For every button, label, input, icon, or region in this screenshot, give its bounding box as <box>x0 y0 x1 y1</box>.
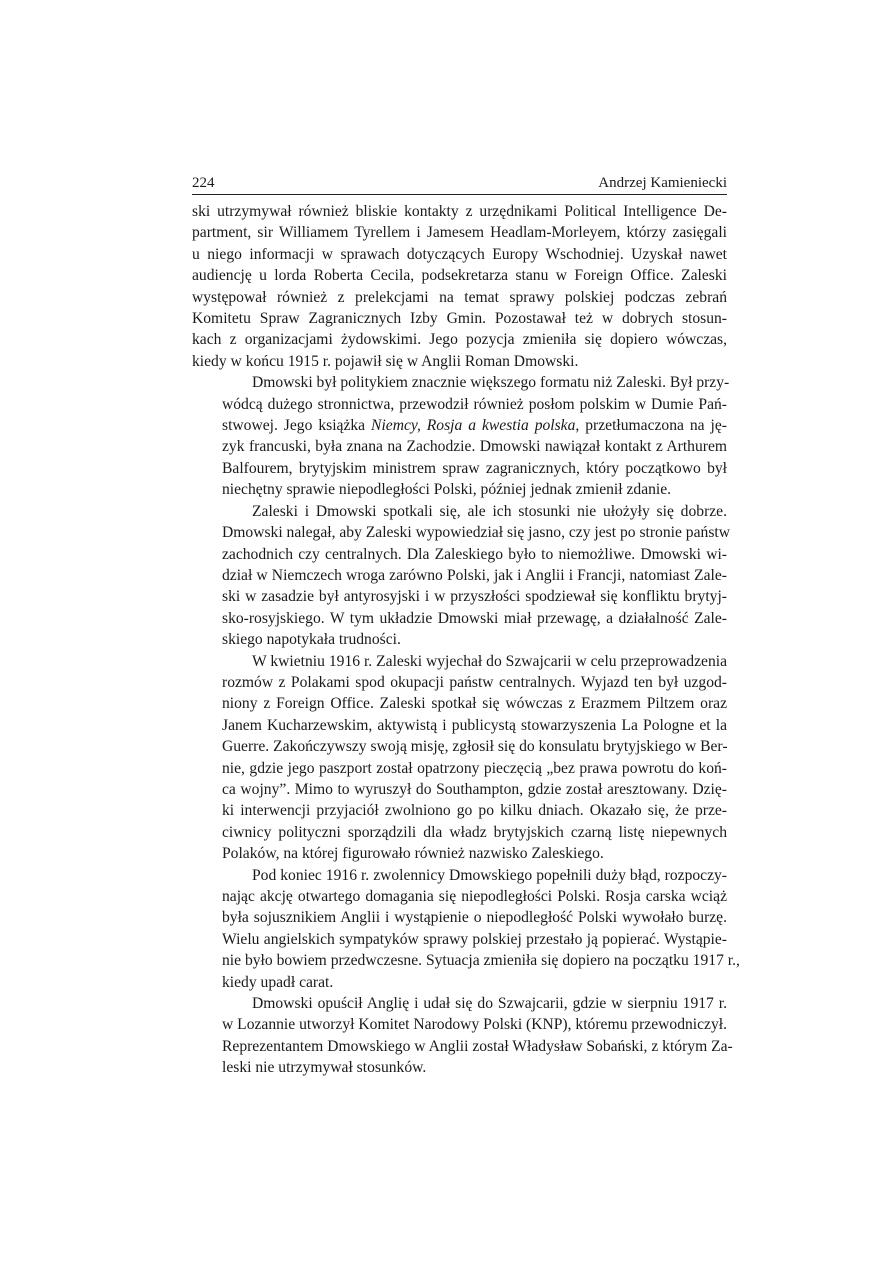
text-line: u niego informacji w sprawach dotyczącyc… <box>192 244 727 265</box>
text-line: zyk francuski, była znana na Zachodzie. … <box>192 436 727 457</box>
text-line: nie, gdzie jego paszport został opatrzon… <box>192 758 727 779</box>
text-line: występował również z prelekcjami na tema… <box>192 287 727 308</box>
text-line: audiencję u lorda Roberta Cecila, podsek… <box>192 265 727 286</box>
text-line: w Lozannie utworzył Komitet Narodowy Pol… <box>192 1014 727 1035</box>
text-line: ki interwencji przyjaciół zwolniono go p… <box>192 800 727 821</box>
text-line: nając akcję otwartego domagania się niep… <box>192 886 727 907</box>
text-line: stwowej. Jego książka Niemcy, Rosja a kw… <box>192 415 727 436</box>
text-line: ski w zasadzie był antyrosyjski i w przy… <box>192 586 727 607</box>
paragraph: Pod koniec 1916 r. zwolennicy Dmowskiego… <box>192 865 727 993</box>
text-line: Janem Kucharzewskim, aktywistą i publicy… <box>192 715 727 736</box>
text-line: Zaleski i Dmowski spotkali się, ale ich … <box>192 501 727 522</box>
text-line: Reprezentantem Dmowskiego w Anglii zosta… <box>192 1036 727 1057</box>
book-title-italic: Niemcy, Rosja a kwestia polska <box>371 417 575 434</box>
page: 224 Andrzej Kamieniecki ski utrzymywał r… <box>192 174 727 1079</box>
running-header: 224 Andrzej Kamieniecki <box>192 174 727 195</box>
text-line: była sojusznikiem Anglii i wystąpienie o… <box>192 907 727 928</box>
text-line: Guerre. Zakończywszy swoją misję, zgłosi… <box>192 736 727 757</box>
paragraph: Zaleski i Dmowski spotkali się, ale ich … <box>192 501 727 651</box>
text-line: Dmowski nalegał, aby Zaleski wypowiedzia… <box>192 522 727 543</box>
text-line: ca wojny”. Mimo to wyruszył do Southampt… <box>192 779 727 800</box>
text-line: Wielu angielskich sympatyków sprawy pols… <box>192 929 727 950</box>
body-text: ski utrzymywał również bliskie kontakty … <box>192 201 727 1079</box>
text-line: kiedy upadł carat. <box>192 972 727 993</box>
text-line: sko-rosyjskiego. W tym układzie Dmowski … <box>192 608 727 629</box>
text-line: kach z organizacjami żydowskimi. Jego po… <box>192 329 727 350</box>
text-line: Pod koniec 1916 r. zwolennicy Dmowskiego… <box>192 865 727 886</box>
text-line: W kwietniu 1916 r. Zaleski wyjechał do S… <box>192 651 727 672</box>
text-line: ciwnicy polityczni sporządzili dla władz… <box>192 822 727 843</box>
text-line: niechętny sprawie niepodległości Polski,… <box>192 479 727 500</box>
paragraph: W kwietniu 1916 r. Zaleski wyjechał do S… <box>192 651 727 865</box>
text-line: niony z Foreign Office. Zaleski spotkał … <box>192 693 727 714</box>
text-line: ski utrzymywał również bliskie kontakty … <box>192 201 727 222</box>
text-line: wódcą dużego stronnictwa, przewodził rów… <box>192 394 727 415</box>
text-line: kiedy w końcu 1915 r. pojawił się w Angl… <box>192 351 727 372</box>
paragraph: Dmowski był politykiem znacznie większeg… <box>192 372 727 500</box>
text-line: zachodnich czy centralnych. Dla Zaleskie… <box>192 544 727 565</box>
paragraph: ski utrzymywał również bliskie kontakty … <box>192 201 727 372</box>
text-line: rozmów z Polakami spod okupacji państw c… <box>192 672 727 693</box>
text-line: partment, sir Williamem Tyrellem i James… <box>192 222 727 243</box>
text-line: dział w Niemczech wroga zarówno Polski, … <box>192 565 727 586</box>
text-line: Komitetu Spraw Zagranicznych Izby Gmin. … <box>192 308 727 329</box>
paragraph: Dmowski opuścił Anglię i udał się do Szw… <box>192 993 727 1079</box>
page-number: 224 <box>192 174 215 192</box>
text-line: Dmowski opuścił Anglię i udał się do Szw… <box>192 993 727 1014</box>
text-line: Polaków, na której figurowało również na… <box>192 843 727 864</box>
text-line: nie było bowiem przedwczesne. Sytuacja z… <box>192 950 727 971</box>
text-line: Balfourem, brytyjskim ministrem spraw za… <box>192 458 727 479</box>
text-line: Dmowski był politykiem znacznie większeg… <box>192 372 727 393</box>
running-author: Andrzej Kamieniecki <box>598 174 727 192</box>
text-line: skiego napotykała trudności. <box>192 629 727 650</box>
text-line: leski nie utrzymywał stosunków. <box>192 1057 727 1078</box>
